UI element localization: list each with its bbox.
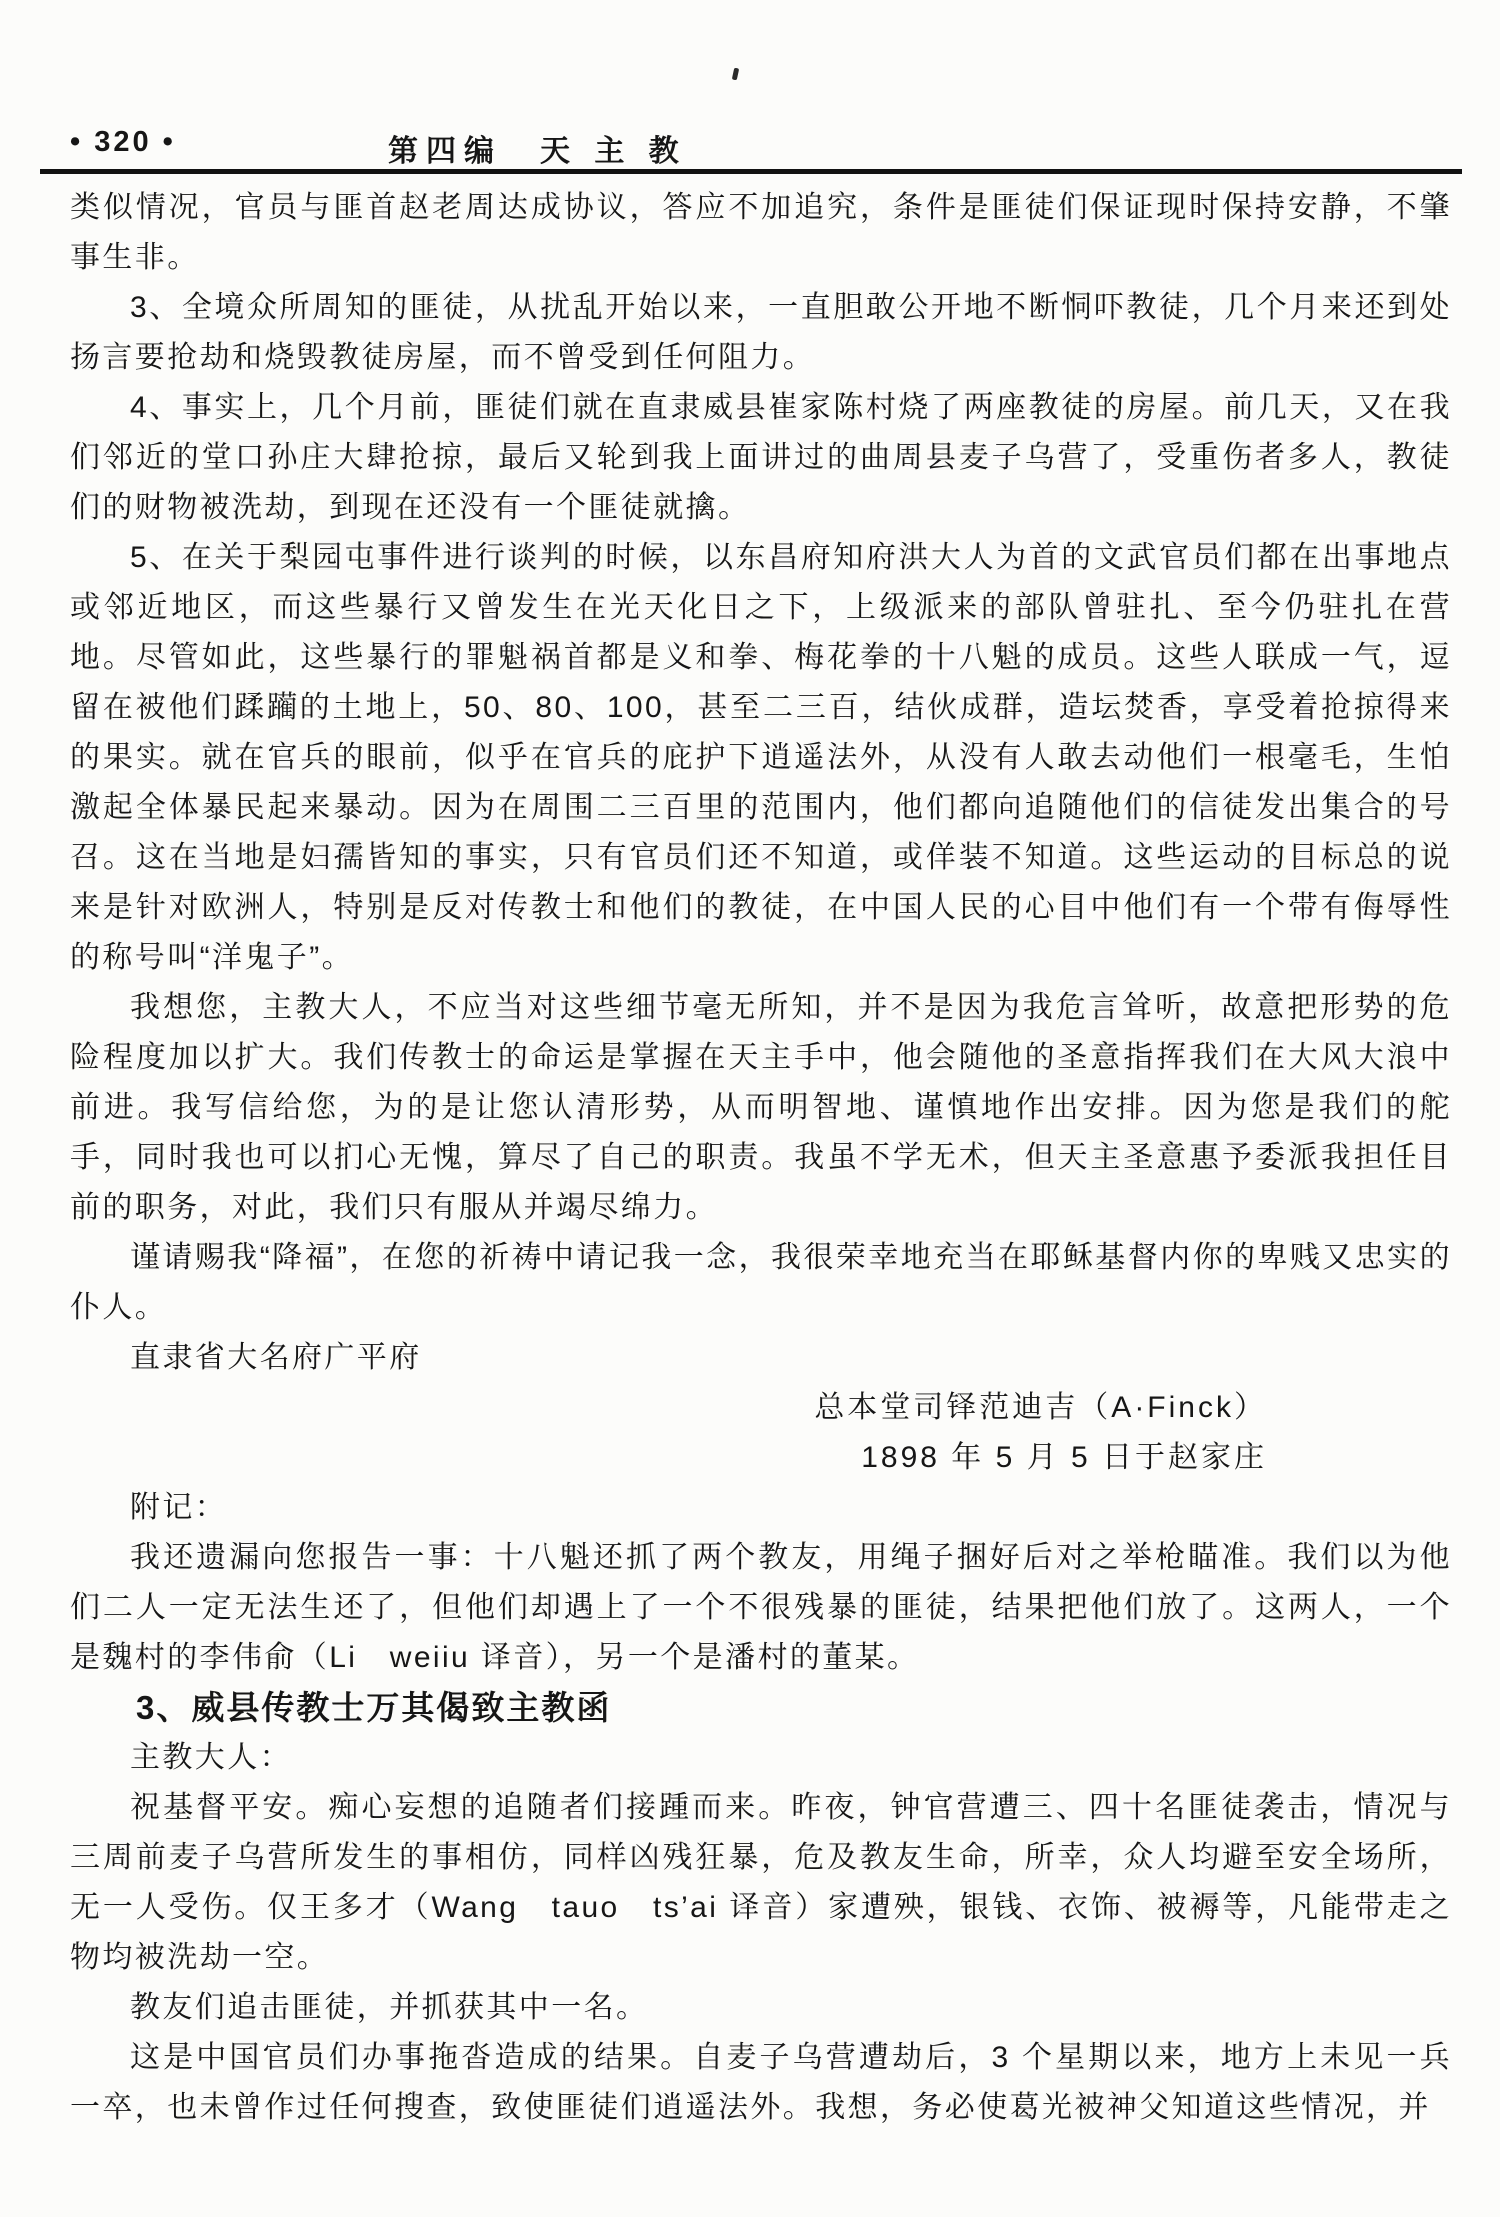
chapter-title: 第四编 天 主 教 — [388, 126, 687, 170]
signature-block: 总本堂司铎范迪吉（A·Finck） 1898 年 5 月 5 日于赵家庄 — [70, 1383, 1452, 1483]
section-heading: 3、威县传教士万其偈致主教函 — [70, 1683, 1452, 1733]
paragraph-address-bishop: 我想您，主教大人，不应当对这些细节毫无所知，并不是因为我危言耸听，故意把形势的危… — [70, 983, 1452, 1233]
date-line: 1898 年 5 月 5 日于赵家庄 — [70, 1433, 1267, 1483]
paragraph-blessing: 谨请赐我“降福”，在您的祈祷中请记我一念，我很荣幸地充当在耶稣基督内你的卑贱又忠… — [70, 1233, 1452, 1333]
scan-speck — [732, 68, 739, 81]
header-rule — [40, 169, 1462, 174]
signature-line: 总本堂司铎范迪吉（A·Finck） — [70, 1383, 1267, 1433]
place-line: 直隶省大名府广平府 — [70, 1333, 1452, 1383]
letter2-paragraph-1: 祝基督平安。痴心妄想的追随者们接踵而来。昨夜，钟官营遭三、四十名匪徒袭击，情况与… — [70, 1783, 1452, 1983]
letter2-paragraph-3: 这是中国官员们办事拖沓造成的结果。自麦子乌营遭劫后，3 个星期以来，地方上未见一… — [70, 2033, 1452, 2133]
postscript-paragraph: 我还遗漏向您报告一事：十八魁还抓了两个教友，用绳子捆好后对之举枪瞄准。我们以为他… — [70, 1533, 1452, 1683]
paragraph-item-3: 3、全境众所周知的匪徒，从扰乱开始以来，一直胆敢公开地不断恫吓教徒，几个月来还到… — [70, 283, 1452, 383]
letter2-paragraph-2: 教友们追击匪徒，并抓获其中一名。 — [70, 1983, 1452, 2033]
scanned-book-page: • 320 • 第四编 天 主 教 类似情况，官员与匪首赵老周达成协议，答应不加… — [0, 0, 1500, 2217]
page-text-column: 类似情况，官员与匪首赵老周达成协议，答应不加追究，条件是匪徒们保证现时保持安静，… — [70, 183, 1452, 2133]
paragraph-item-4: 4、事实上，几个月前，匪徒们就在直隶威县崔家陈村烧了两座教徒的房屋。前几天，又在… — [70, 383, 1452, 533]
paragraph-item-5: 5、在关于梨园屯事件进行谈判的时候，以东昌府知府洪大人为首的文武官员们都在出事地… — [70, 533, 1452, 983]
salutation-line: 主教大人： — [70, 1733, 1452, 1783]
paragraph-continuation: 类似情况，官员与匪首赵老周达成协议，答应不加追究，条件是匪徒们保证现时保持安静，… — [70, 183, 1452, 283]
page-number: • 320 • — [70, 126, 176, 159]
postscript-label: 附记： — [70, 1483, 1452, 1533]
running-head: • 320 • 第四编 天 主 教 — [0, 126, 1500, 166]
